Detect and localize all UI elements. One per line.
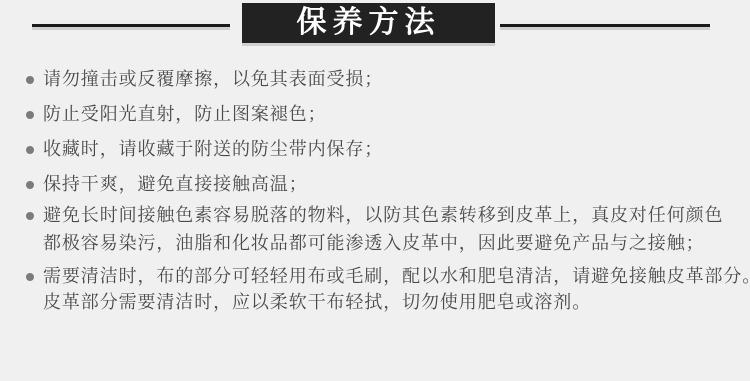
item-text: 保持干爽，避免直接接触高温； xyxy=(43,172,308,198)
section-title: 保养方法 xyxy=(297,3,441,43)
item-text: 收藏时，请收藏于附送的防尘带内保存； xyxy=(43,137,383,163)
bullet-icon xyxy=(26,111,34,119)
bullet-icon xyxy=(26,146,34,154)
bullet-icon xyxy=(26,273,34,281)
bullet-icon xyxy=(26,212,34,220)
bullet-icon xyxy=(26,181,34,189)
title-box: 保养方法 xyxy=(242,3,495,43)
item-text-line-1: 避免长时间接触色素容易脱落的物料，以防其色素转移到皮革上，真皮对任何颜色 xyxy=(43,203,723,229)
item-text: 请勿撞击或反覆摩擦，以免其表面受损； xyxy=(43,67,383,93)
header-rule-left xyxy=(32,24,230,27)
item-text-line-1: 需要清洁时，布的部分可轻轻用布或毛刷，配以水和肥皂清洁，请避免接触皮革部分。 xyxy=(43,264,750,290)
section-header: 保养方法 xyxy=(0,0,750,50)
item-text: 防止受阳光直射，防止图案褪色； xyxy=(43,102,327,128)
bullet-icon xyxy=(26,76,34,84)
header-rule-right xyxy=(500,24,710,27)
item-text-line-2: 皮革部分需要清洁时，应以柔软干布轻拭，切勿使用肥皂或溶剂。 xyxy=(43,290,591,316)
item-text-line-2: 都极容易染污，油脂和化妆品都可能渗透入皮革中，因此要避免产品与之接触； xyxy=(43,231,705,257)
